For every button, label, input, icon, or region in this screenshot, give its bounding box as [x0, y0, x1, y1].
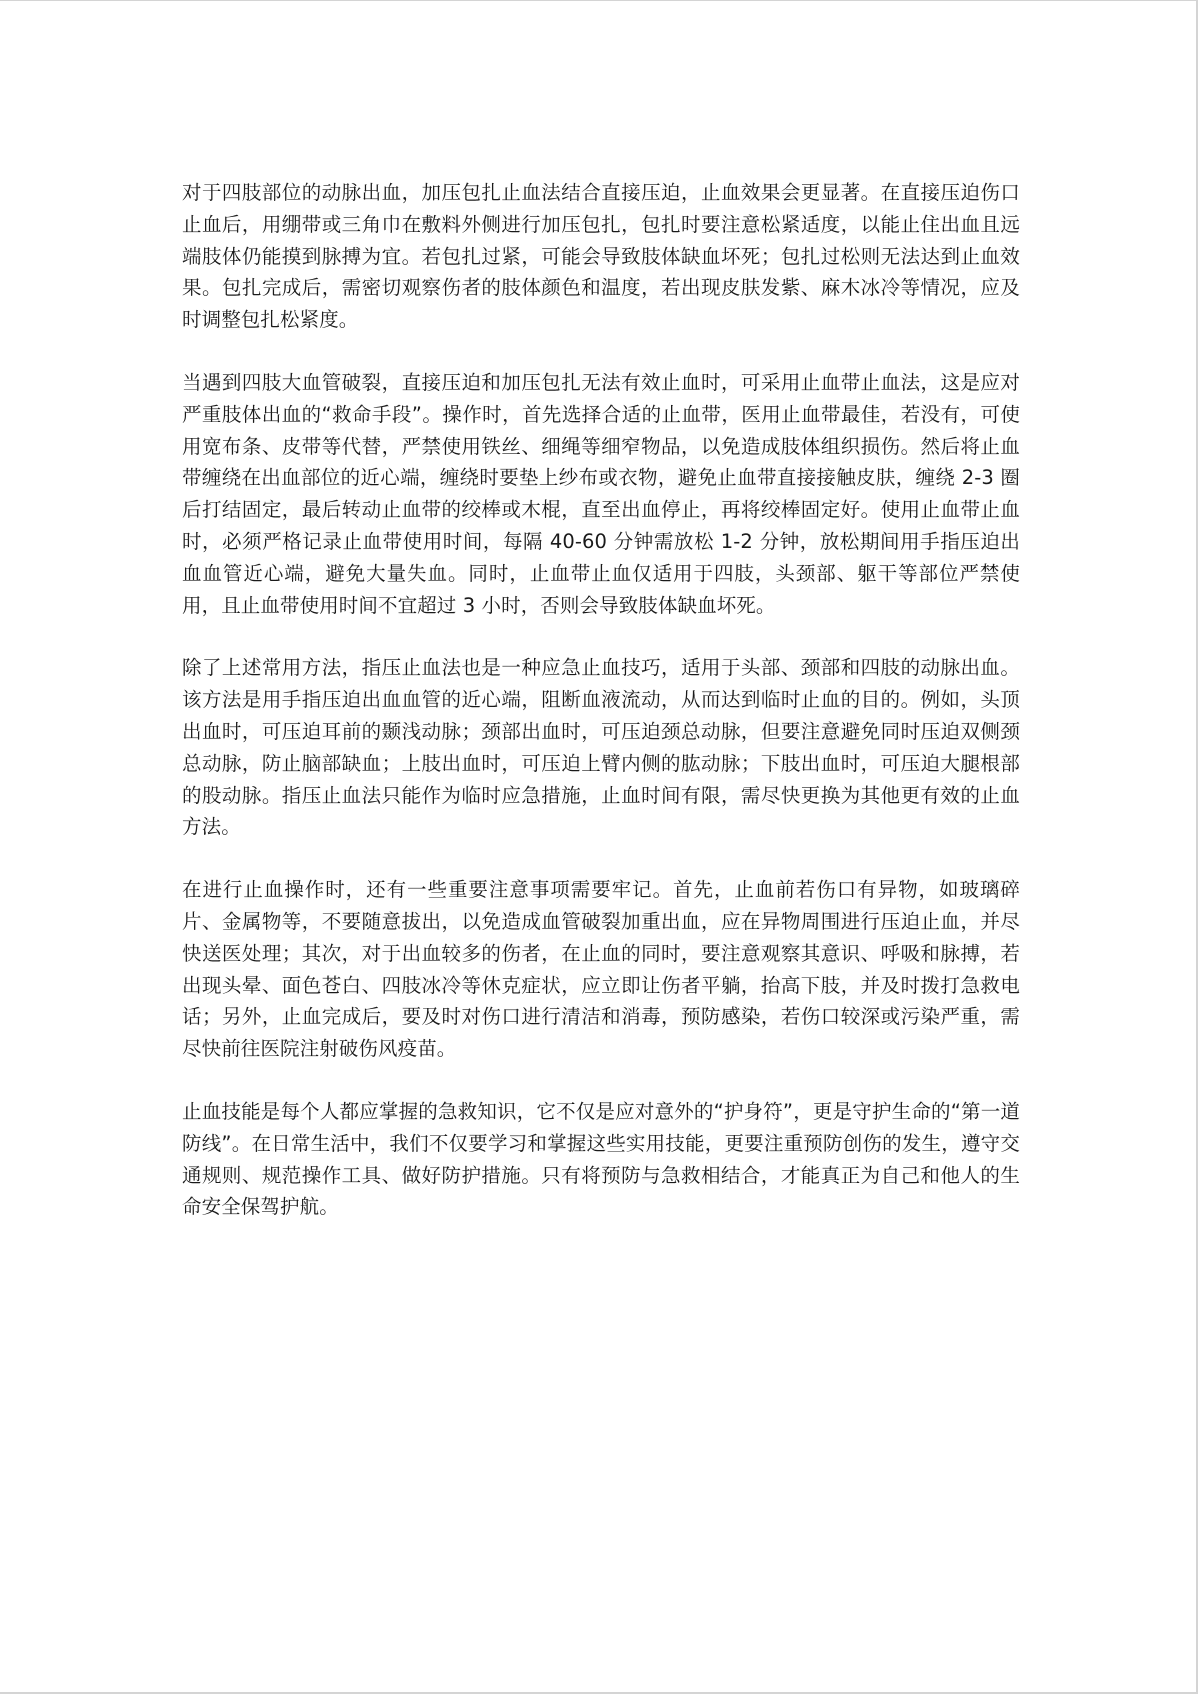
paragraph-conclusion: 止血技能是每个人都应掌握的急救知识，它不仅是应对意外的“护身符”，更是守护生命的…	[182, 1096, 1020, 1223]
paragraph-finger-pressure: 除了上述常用方法，指压止血法也是一种应急止血技巧，适用于头部、颈部和四肢的动脉出…	[182, 652, 1020, 843]
paragraph-precautions: 在进行止血操作时，还有一些重要注意事项需要牢记。首先，止血前若伤口有异物，如玻璃…	[182, 874, 1020, 1065]
paragraph-pressure-bandaging: 对于四肢部位的动脉出血，加压包扎止血法结合直接压迫，止血效果会更显著。在直接压迫…	[182, 177, 1020, 336]
paragraph-tourniquet: 当遇到四肢大血管破裂，直接压迫和加压包扎无法有效止血时，可采用止血带止血法，这是…	[182, 367, 1020, 621]
document-page: 对于四肢部位的动脉出血，加压包扎止血法结合直接压迫，止血效果会更显著。在直接压迫…	[0, 0, 1198, 1694]
document-body: 对于四肢部位的动脉出血，加压包扎止血法结合直接压迫，止血效果会更显著。在直接压迫…	[182, 177, 1020, 1254]
